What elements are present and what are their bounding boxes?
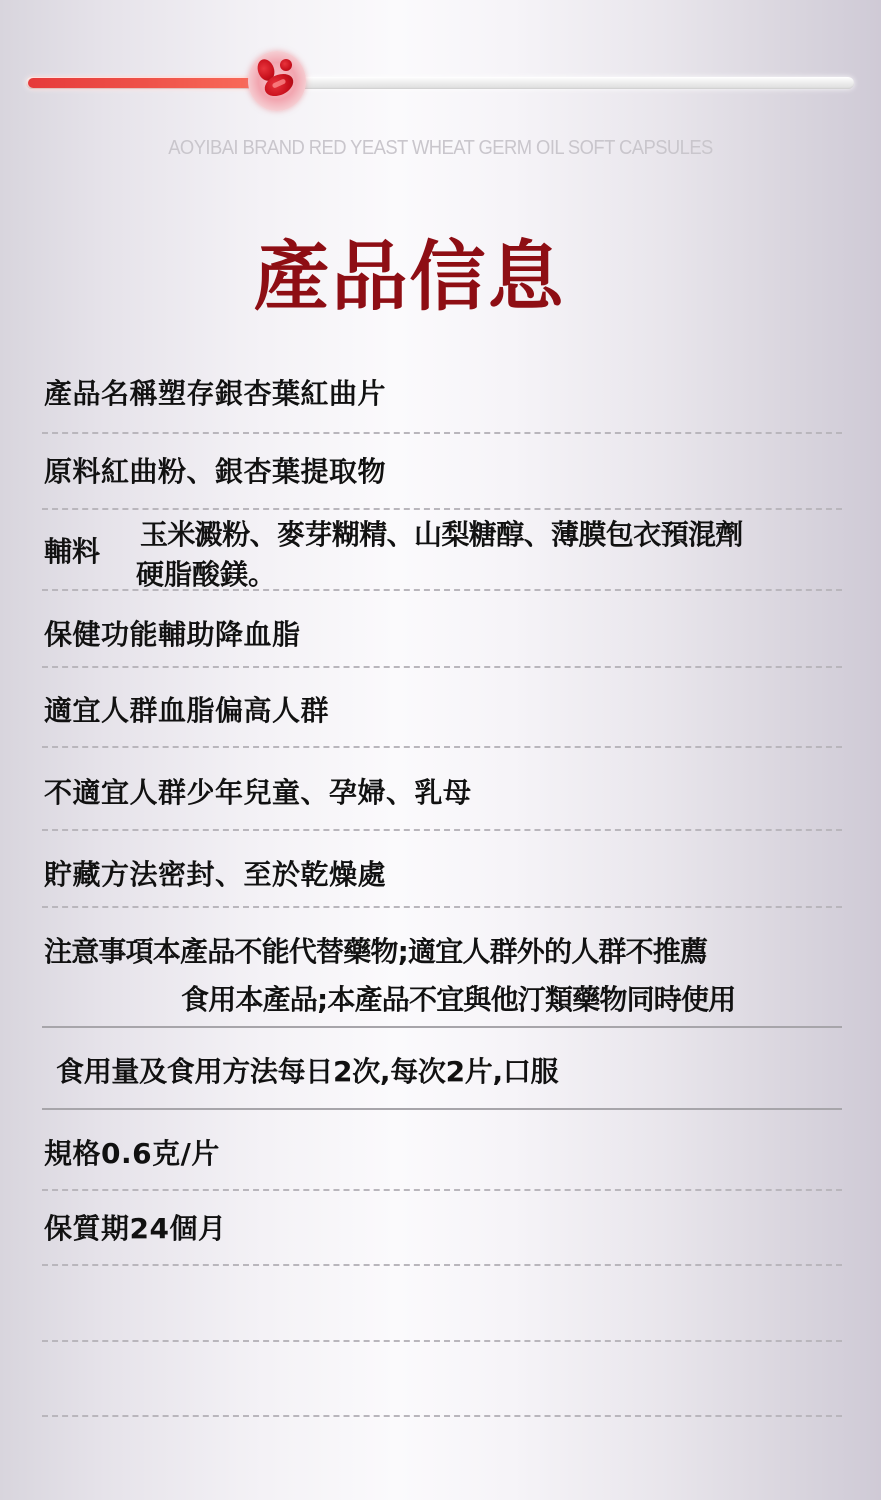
divider <box>42 1415 842 1417</box>
blood-cell-shape <box>280 59 292 71</box>
divider <box>42 666 842 668</box>
precautions-line-2: 食用本產品;本產品不宜與他汀類藥物同時使用 <box>181 978 735 1018</box>
unsuitable-population: 不適宜人群少年兒童、孕婦、乳母 <box>44 771 472 811</box>
progress-fill <box>28 78 256 88</box>
divider <box>42 432 842 434</box>
precautions-line-1: 注意事項本產品不能代替藥物;適宜人群外的人群不推薦 <box>44 930 707 970</box>
divider <box>42 829 842 831</box>
ingredients: 原料紅曲粉、銀杏葉提取物 <box>44 450 386 490</box>
shelf-life: 保質期24個月 <box>44 1207 226 1247</box>
divider <box>42 746 842 748</box>
divider <box>42 1340 842 1342</box>
divider <box>42 508 842 510</box>
excipients-line-2: 硬脂酸鎂。 <box>136 553 276 593</box>
divider <box>42 1026 842 1028</box>
specification: 規格0.6克/片 <box>44 1132 220 1172</box>
excipients-label: 輔料 <box>44 530 100 570</box>
health-function: 保健功能輔助降血脂 <box>44 613 301 653</box>
red-blood-cell-icon <box>248 51 306 111</box>
excipients-line-1: 玉米澱粉、麥芽糊精、山梨糖醇、薄膜包衣預混劑 <box>140 513 743 553</box>
divider <box>42 1189 842 1191</box>
divider <box>42 589 842 591</box>
divider <box>42 1264 842 1266</box>
divider <box>42 906 842 908</box>
brand-tagline: AOYIBAI BRAND RED YEAST WHEAT GERM OIL S… <box>35 137 846 160</box>
product-name: 產品名稱塑存銀杏葉紅曲片 <box>44 372 386 412</box>
divider <box>42 1108 842 1110</box>
progress-bar <box>26 72 856 94</box>
page-title: 產品信息 <box>0 216 819 325</box>
storage-method: 貯藏方法密封、至於乾燥處 <box>44 853 386 893</box>
suitable-population: 適宜人群血脂偏高人群 <box>44 689 329 729</box>
dosage: 食用量及食用方法每日2次,每次2片,口服 <box>56 1050 558 1090</box>
